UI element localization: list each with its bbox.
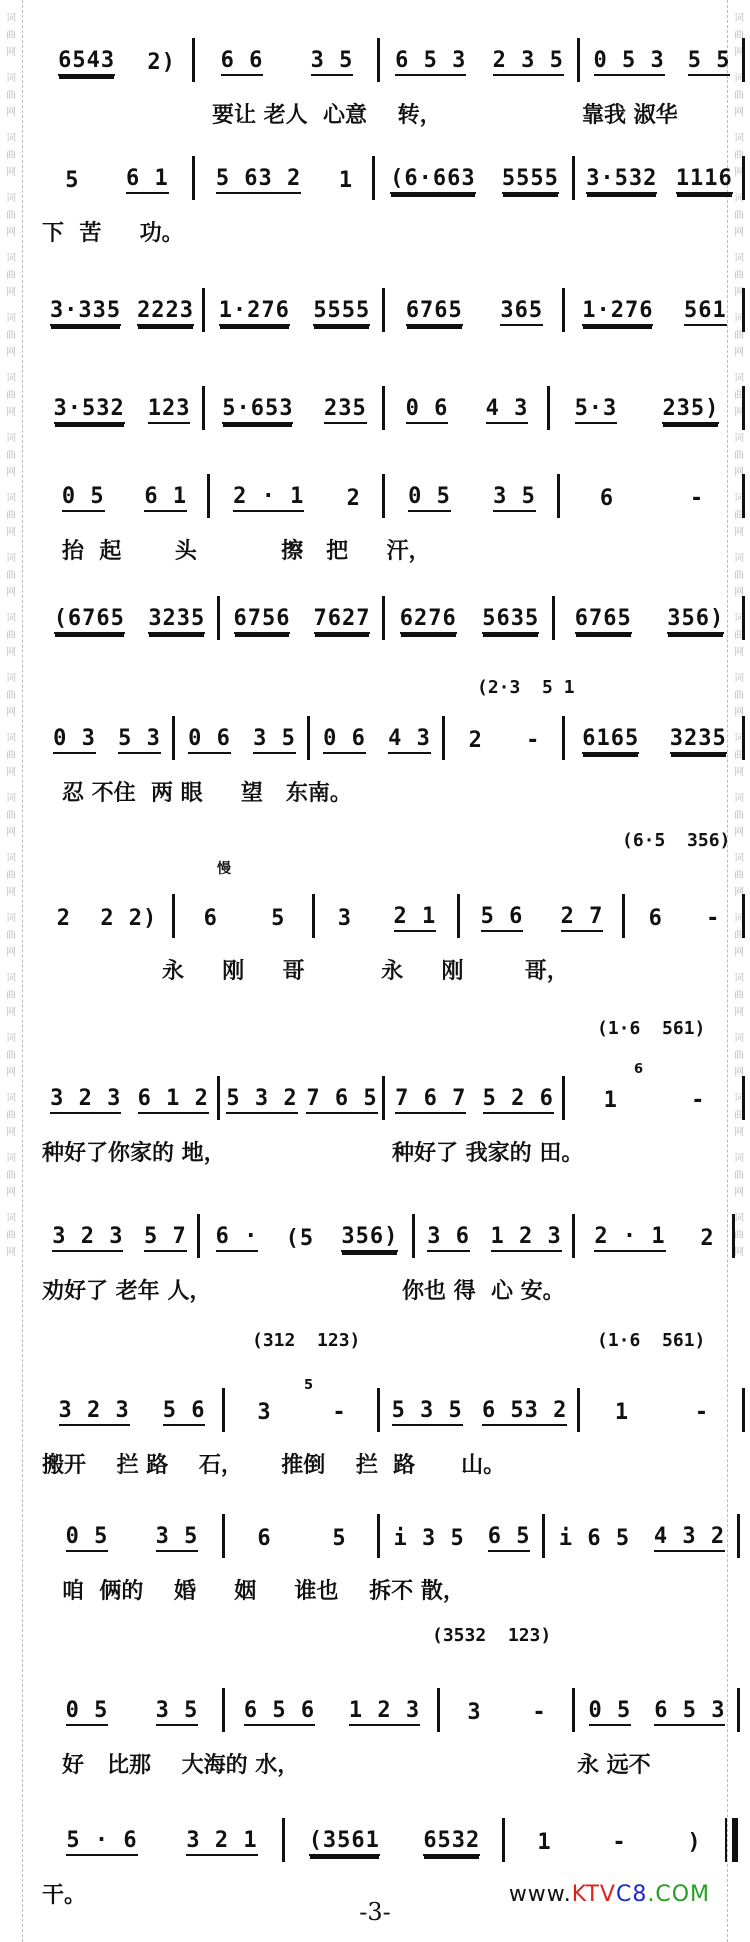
note-group: 3 (338, 906, 352, 931)
note-group: 0 3 (53, 726, 96, 754)
barline (562, 716, 565, 760)
note-group: 5·653 (222, 396, 293, 424)
lyric-text: 种好了你家的 地， (42, 1136, 226, 1167)
measure: 5 3 56 53 2 (382, 1392, 577, 1432)
lyrics-line: 好 比那 大海的 水，永 远不 (32, 1748, 718, 1780)
note-group: 6543 (58, 48, 115, 76)
lyrics-line: 搬开 拦 路 石， 推倒 拦 路 山。 (32, 1448, 718, 1480)
barline (192, 38, 195, 82)
barline (502, 1818, 505, 1862)
watermark-char: 曲 (6, 1229, 16, 1243)
watermark-char: 词 (6, 972, 16, 986)
watermark-char: 曲 (6, 149, 16, 163)
barline (382, 288, 385, 332)
measure: 1-) (507, 1822, 732, 1862)
watermark-char: 网 (6, 346, 16, 360)
barline (552, 596, 555, 640)
site-watermark: www.KTVC8.COM (509, 1882, 710, 1907)
measure: 6- (562, 478, 742, 518)
watermark-char: 网 (734, 106, 744, 120)
measure: 6 5 32 3 5 (382, 42, 577, 82)
watermark-char: 词 (6, 132, 16, 146)
barline (577, 38, 580, 82)
watermark-char: 网 (6, 46, 16, 60)
watermark-group: 词曲网 (6, 672, 16, 720)
watermark-char: 词 (734, 792, 744, 806)
lyric-text: 好 比那 大海的 水， (62, 1748, 299, 1779)
watermark-char: 曲 (6, 809, 16, 823)
note-group: 3 2 3 (52, 1224, 123, 1252)
measure: 5 · 63 2 1 (42, 1822, 282, 1862)
measure: 2 · 12 (212, 478, 382, 518)
notation-line: 0 53 56 5 61 2 33-0 56 5 3 (32, 1692, 718, 1732)
watermark-char: 网 (734, 1246, 744, 1260)
note-group: 356) (667, 606, 724, 634)
barline (742, 38, 745, 82)
note-group: 6165 (582, 726, 639, 754)
watermark-char: 词 (6, 732, 16, 746)
site-c8: C8 (616, 1882, 647, 1907)
barline (222, 1688, 225, 1732)
note-group: 2223 (137, 298, 194, 326)
note-group: 3·532 (586, 166, 657, 194)
note-group: 6276 (400, 606, 457, 634)
notation-line: 3·33522231·276555567653651·276561 (32, 292, 718, 332)
barline (442, 716, 445, 760)
note-group: 1 2 3 (491, 1224, 562, 1252)
note-group: 1·276 (582, 298, 653, 326)
watermark-char: 词 (6, 1032, 16, 1046)
barline (742, 156, 745, 200)
note-group: 5635 (482, 606, 539, 634)
measure: 22 2) (42, 898, 172, 938)
barline (377, 38, 380, 82)
note-group: 5 6 (481, 904, 524, 932)
note-group: 0 6 (406, 396, 449, 424)
measure: 3 2 35 7 (42, 1218, 197, 1258)
watermark-char: 网 (6, 1186, 16, 1200)
measure: 5 3 27 6 5 (222, 1080, 382, 1120)
notation-line: 0 53 565i 3 56 5i 6 54 3 2 (32, 1518, 718, 1558)
note-group: 5 3 2 (226, 1086, 297, 1114)
note-group: (3561 (309, 1828, 380, 1856)
barline (742, 716, 745, 760)
barline (222, 1514, 225, 1558)
watermark-char: 词 (734, 1032, 744, 1046)
note-group: 235 (324, 396, 367, 424)
note-group: 3 2 3 (59, 1398, 130, 1426)
watermark-group: 词曲网 (6, 972, 16, 1020)
watermark-char: 网 (734, 1186, 744, 1200)
watermark-char: 网 (734, 946, 744, 960)
watermark-group: 词曲网 (734, 972, 744, 1020)
lyrics-line: 咱 俩的 婚 姻 谁也 拆不 散， (32, 1574, 718, 1606)
barline (577, 1388, 580, 1432)
watermark-char: 曲 (6, 29, 16, 43)
measure: 0 53 5 (42, 1692, 222, 1732)
note-group: 6765 (575, 606, 632, 634)
notation-line: (6765323567567627627656356765356) (32, 600, 718, 640)
note-group: 6756 (234, 606, 291, 634)
barline (382, 596, 385, 640)
watermark-group: 词曲网 (6, 1092, 16, 1140)
measure: 0 35 3 (42, 720, 172, 760)
watermark-char: 词 (734, 132, 744, 146)
measure: 6- (627, 898, 742, 938)
watermark-group: 词曲网 (6, 612, 16, 660)
watermark-char: 词 (6, 252, 16, 266)
watermark-char: 词 (6, 1152, 16, 1166)
watermark-char: 曲 (6, 329, 16, 343)
measure: 65432) (42, 42, 192, 82)
note-group: 561 (684, 298, 727, 326)
note-group: 5 (65, 168, 79, 193)
note-group: 1 2 3 (349, 1698, 420, 1726)
measure: 3 2 36 1 2 (42, 1080, 217, 1120)
note-group: - (526, 728, 540, 753)
watermark-group: 词曲网 (6, 312, 16, 360)
note-group: - (612, 1830, 626, 1855)
watermark-char: 词 (734, 12, 744, 26)
barline (172, 716, 175, 760)
watermark-char: 网 (734, 646, 744, 660)
note-group: 1 (604, 1088, 618, 1113)
watermark-char: 曲 (6, 269, 16, 283)
watermark-char: 词 (6, 312, 16, 326)
lyrics-line: 劝好了 老年 人，你也 得 心 安。 (32, 1274, 718, 1306)
watermark-group: 词曲网 (734, 1212, 744, 1260)
watermark-char: 网 (6, 166, 16, 180)
watermark-char: 词 (6, 612, 16, 626)
note-group: 2 1 (394, 904, 437, 932)
watermark-char: 词 (6, 12, 16, 26)
barline (572, 1688, 575, 1732)
barline (202, 386, 205, 430)
lyric-text: 搬开 拦 路 石， 推倒 拦 路 山。 (42, 1448, 505, 1479)
barline (742, 1388, 745, 1432)
lyrics-line: 下 苦 功。 (32, 216, 718, 248)
barline (197, 1214, 200, 1258)
note-group: 6765 (406, 298, 463, 326)
notation-line: 0 56 12 · 120 53 56- (32, 478, 718, 518)
measure: 2- (447, 720, 562, 760)
watermark-group: 词曲网 (6, 1212, 16, 1260)
barline (282, 1818, 285, 1862)
watermark-group: 词曲网 (6, 852, 16, 900)
note-group: 5 6 (163, 1398, 206, 1426)
site-ktv: KTV (572, 1882, 616, 1907)
watermark-char: 词 (734, 672, 744, 686)
barline (547, 386, 550, 430)
note-group: 0 5 (66, 1698, 109, 1726)
note-group: 2 (469, 728, 483, 753)
barline (382, 474, 385, 518)
lyric-text: 永 刚 哥 永 刚 哥， (162, 954, 569, 985)
watermark-char: 词 (6, 912, 16, 926)
watermark-char: 网 (6, 226, 16, 240)
note-group: 2 3 5 (493, 48, 564, 76)
interlude-notation: (3532 123) (432, 1625, 551, 1646)
barline (742, 596, 745, 640)
watermark-char: 词 (6, 1092, 16, 1106)
note-group: 365 (500, 298, 543, 326)
watermark-char: 词 (6, 792, 16, 806)
measure: 1- (567, 1080, 742, 1120)
watermark-char: 曲 (6, 389, 16, 403)
note-group: 6 53 2 (482, 1398, 567, 1426)
lyric-text: 劝好了 老年 人， (42, 1274, 211, 1305)
note-group: 5 3 5 (392, 1398, 463, 1426)
watermark-group: 词曲网 (6, 792, 16, 840)
watermark-char: 词 (6, 552, 16, 566)
lyric-text: 种好了 我家的 田。 (392, 1136, 583, 1167)
notation-line: 3 2 35 76 ·(5356)3 61 2 32 · 12 (32, 1218, 718, 1258)
watermark-group: 词曲网 (734, 792, 744, 840)
note-group: 0 5 (589, 1698, 632, 1726)
watermark-char: 曲 (6, 509, 16, 523)
lyrics-line: 抬 起 头 擦 把 汗， (32, 534, 718, 566)
note-group: - (332, 1400, 346, 1425)
watermark-char: 词 (6, 492, 16, 506)
watermark-char: 网 (734, 526, 744, 540)
watermark-char: 曲 (6, 1169, 16, 1183)
watermark-char: 曲 (734, 269, 744, 283)
watermark-group: 词曲网 (734, 1152, 744, 1200)
watermark-char: 词 (6, 72, 16, 86)
watermark-char: 曲 (734, 809, 744, 823)
notation-line: 22 2)6532 15 62 76- (32, 898, 718, 938)
measure: 62765635 (387, 600, 552, 640)
note-group: 3 2 1 (186, 1828, 257, 1856)
watermark-group: 词曲网 (6, 912, 16, 960)
note-group: - (690, 486, 704, 511)
note-group: (6·663 (390, 166, 475, 194)
note-group: 0 6 (188, 726, 231, 754)
barline (742, 894, 745, 938)
barline (562, 1076, 565, 1120)
note-group: 5 63 2 (216, 166, 301, 194)
lyric-text: 下 苦 功。 (42, 216, 184, 247)
note-group: 5 (271, 906, 285, 931)
watermark-group: 词曲网 (734, 1032, 744, 1080)
note-group: 1116 (676, 166, 733, 194)
note-group: 3 5 (493, 484, 536, 512)
lyrics-line: 要让 老人 心意 转，靠我 淑华 (32, 98, 718, 130)
measure: 5·653235 (207, 390, 382, 430)
watermark-char: 网 (734, 226, 744, 240)
measure: 6765356) (557, 600, 742, 640)
note-group: 6 (600, 486, 614, 511)
watermark-group: 词曲网 (6, 1032, 16, 1080)
watermark-group: 词曲网 (6, 432, 16, 480)
barline (382, 386, 385, 430)
lyrics-line: 种好了你家的 地，种好了 我家的 田。 (32, 1136, 718, 1168)
watermark-char: 曲 (734, 569, 744, 583)
note-group: 2 (700, 1226, 714, 1251)
watermark-char: 曲 (6, 869, 16, 883)
interlude-notation: (6·5 356) (622, 830, 730, 851)
note-group: 0 5 (62, 484, 105, 512)
watermark-char: 网 (734, 1126, 744, 1140)
barline (437, 1688, 440, 1732)
watermark-char: 网 (6, 586, 16, 600)
watermark-char: 曲 (734, 1229, 744, 1243)
watermark-char: 网 (6, 1006, 16, 1020)
note-group: 0 6 (323, 726, 366, 754)
barline (557, 474, 560, 518)
lyric-text: 靠我 淑华 (582, 98, 678, 129)
watermark-char: 曲 (6, 629, 16, 643)
note-group: 2) (147, 50, 176, 75)
final-barline (732, 1818, 738, 1862)
site-www: www. (509, 1882, 572, 1907)
measure: 6 ·(5356) (202, 1218, 412, 1258)
watermark-char: 网 (6, 946, 16, 960)
watermark-char: 网 (6, 526, 16, 540)
measure: 0 56 5 3 (577, 1692, 737, 1732)
note-group: 356) (341, 1224, 398, 1252)
measure: 6765365 (387, 292, 562, 332)
watermark-char: 曲 (6, 1049, 16, 1063)
watermark-char: 曲 (6, 209, 16, 223)
measure: 6 5 61 2 3 (227, 1692, 437, 1732)
measure: 56 1 (42, 160, 192, 200)
watermark-char: 曲 (734, 449, 744, 463)
measure: 1·276561 (567, 292, 742, 332)
watermark-char: 词 (6, 432, 16, 446)
watermark-char: 曲 (6, 929, 16, 943)
note-group: i 6 5 (559, 1526, 630, 1551)
note-group: 5555 (502, 166, 559, 194)
barline (742, 474, 745, 518)
note-group: 3 2 3 (50, 1086, 121, 1114)
note-group: 7 6 5 (306, 1086, 377, 1114)
measure: 3·532123 (42, 390, 202, 430)
barline (622, 894, 625, 938)
watermark-char: 曲 (734, 209, 744, 223)
watermark-char: 曲 (734, 1049, 744, 1063)
note-group: 6 (204, 906, 218, 931)
note-group: 1 (339, 168, 353, 193)
note-group: 6532 (423, 1828, 480, 1856)
watermark-group: 词曲网 (6, 72, 16, 120)
measure: 0 64 3 (387, 390, 547, 430)
measure: (6·6635555 (377, 160, 572, 200)
note-group: 0 5 (408, 484, 451, 512)
measure: 65 (177, 898, 312, 938)
barline (572, 156, 575, 200)
note-group: (6765 (54, 606, 125, 634)
watermark-char: 词 (734, 1152, 744, 1166)
watermark-char: 网 (6, 1246, 16, 1260)
notation-line: 0 35 30 63 50 64 32-61653235 (32, 720, 718, 760)
note-group: 3·335 (50, 298, 121, 326)
note-group: 3 5 (253, 726, 296, 754)
watermark-char: 词 (6, 672, 16, 686)
watermark-char: 网 (6, 286, 16, 300)
watermark-group: 词曲网 (6, 132, 16, 180)
interlude-notation: (1·6 561) (597, 1330, 705, 1351)
barline (217, 1076, 220, 1120)
watermark-group: 词曲网 (734, 852, 744, 900)
measure: 0 53 5 (42, 1518, 222, 1558)
barline (737, 1514, 740, 1558)
lyric-text: 永 远不 (577, 1748, 651, 1779)
measure: i 3 56 5 (382, 1518, 542, 1558)
note-group: 3 5 (311, 48, 354, 76)
notation-line: 3 2 36 1 25 3 27 6 57 6 75 2 61- (32, 1080, 718, 1120)
site-com: .COM (647, 1882, 710, 1907)
barline (732, 1214, 735, 1258)
tempo-mark: 慢 (217, 858, 231, 878)
watermark-strip-left: 词曲网词曲网词曲网词曲网词曲网词曲网词曲网词曲网词曲网词曲网词曲网词曲网词曲网词… (0, 0, 23, 1942)
note-group: 3·532 (54, 396, 125, 424)
watermark-char: 词 (734, 972, 744, 986)
barline (382, 1076, 385, 1120)
measure: 5 62 7 (462, 898, 622, 938)
watermark-char: 词 (734, 552, 744, 566)
note-group: (5 (286, 1226, 315, 1251)
note-group: 5 · 6 (66, 1828, 137, 1856)
measure: 61653235 (567, 720, 742, 760)
notation-line: 3 2 35 63-5 3 56 53 21- (32, 1392, 718, 1432)
barline (172, 894, 175, 938)
measure: 3·3352223 (42, 292, 202, 332)
barline (737, 1688, 740, 1732)
measure: 0 56 1 (42, 478, 207, 518)
measure: 3·5321116 (577, 160, 742, 200)
measure: 3 61 2 3 (417, 1218, 572, 1258)
barline (742, 288, 745, 332)
watermark-group: 词曲网 (6, 492, 16, 540)
note-group: 7 6 7 (395, 1086, 466, 1114)
grace-note: 6 (634, 1062, 643, 1077)
watermark-char: 网 (6, 646, 16, 660)
measure: 7 6 75 2 6 (387, 1080, 562, 1120)
lyrics-line: 永 刚 哥 永 刚 哥， (32, 954, 718, 986)
note-group: - (691, 1088, 705, 1113)
measure: i 6 54 3 2 (547, 1518, 737, 1558)
barline (742, 1076, 745, 1120)
watermark-group: 词曲网 (734, 432, 744, 480)
note-group: 1·276 (219, 298, 290, 326)
barline (562, 288, 565, 332)
measure: 5·3235) (552, 390, 742, 430)
measure: 3 2 35 6 (42, 1392, 222, 1432)
notation-line: 56 15 63 21(6·66355553·5321116 (32, 160, 718, 200)
watermark-char: 网 (6, 106, 16, 120)
watermark-char: 词 (6, 1212, 16, 1226)
lyrics-line: 忍 不住 两 眼 望 东南。 (32, 776, 718, 808)
note-group: 5 5 (688, 48, 731, 76)
watermark-char: 词 (734, 432, 744, 446)
note-group: 3 6 (427, 1224, 470, 1252)
measure: 0 5 35 5 (582, 42, 742, 82)
note-group: 0 5 3 (594, 48, 665, 76)
barline (217, 596, 220, 640)
watermark-char: 曲 (6, 569, 16, 583)
note-group: 4 3 (388, 726, 431, 754)
barline (222, 1388, 225, 1432)
note-group: 235) (662, 396, 719, 424)
note-group: 1 (537, 1830, 551, 1855)
watermark-group: 词曲网 (6, 252, 16, 300)
watermark-group: 词曲网 (734, 672, 744, 720)
barline (412, 1214, 415, 1258)
watermark-char: 网 (6, 406, 16, 420)
note-group: 6 5 3 (395, 48, 466, 76)
watermark-char: 曲 (734, 89, 744, 103)
